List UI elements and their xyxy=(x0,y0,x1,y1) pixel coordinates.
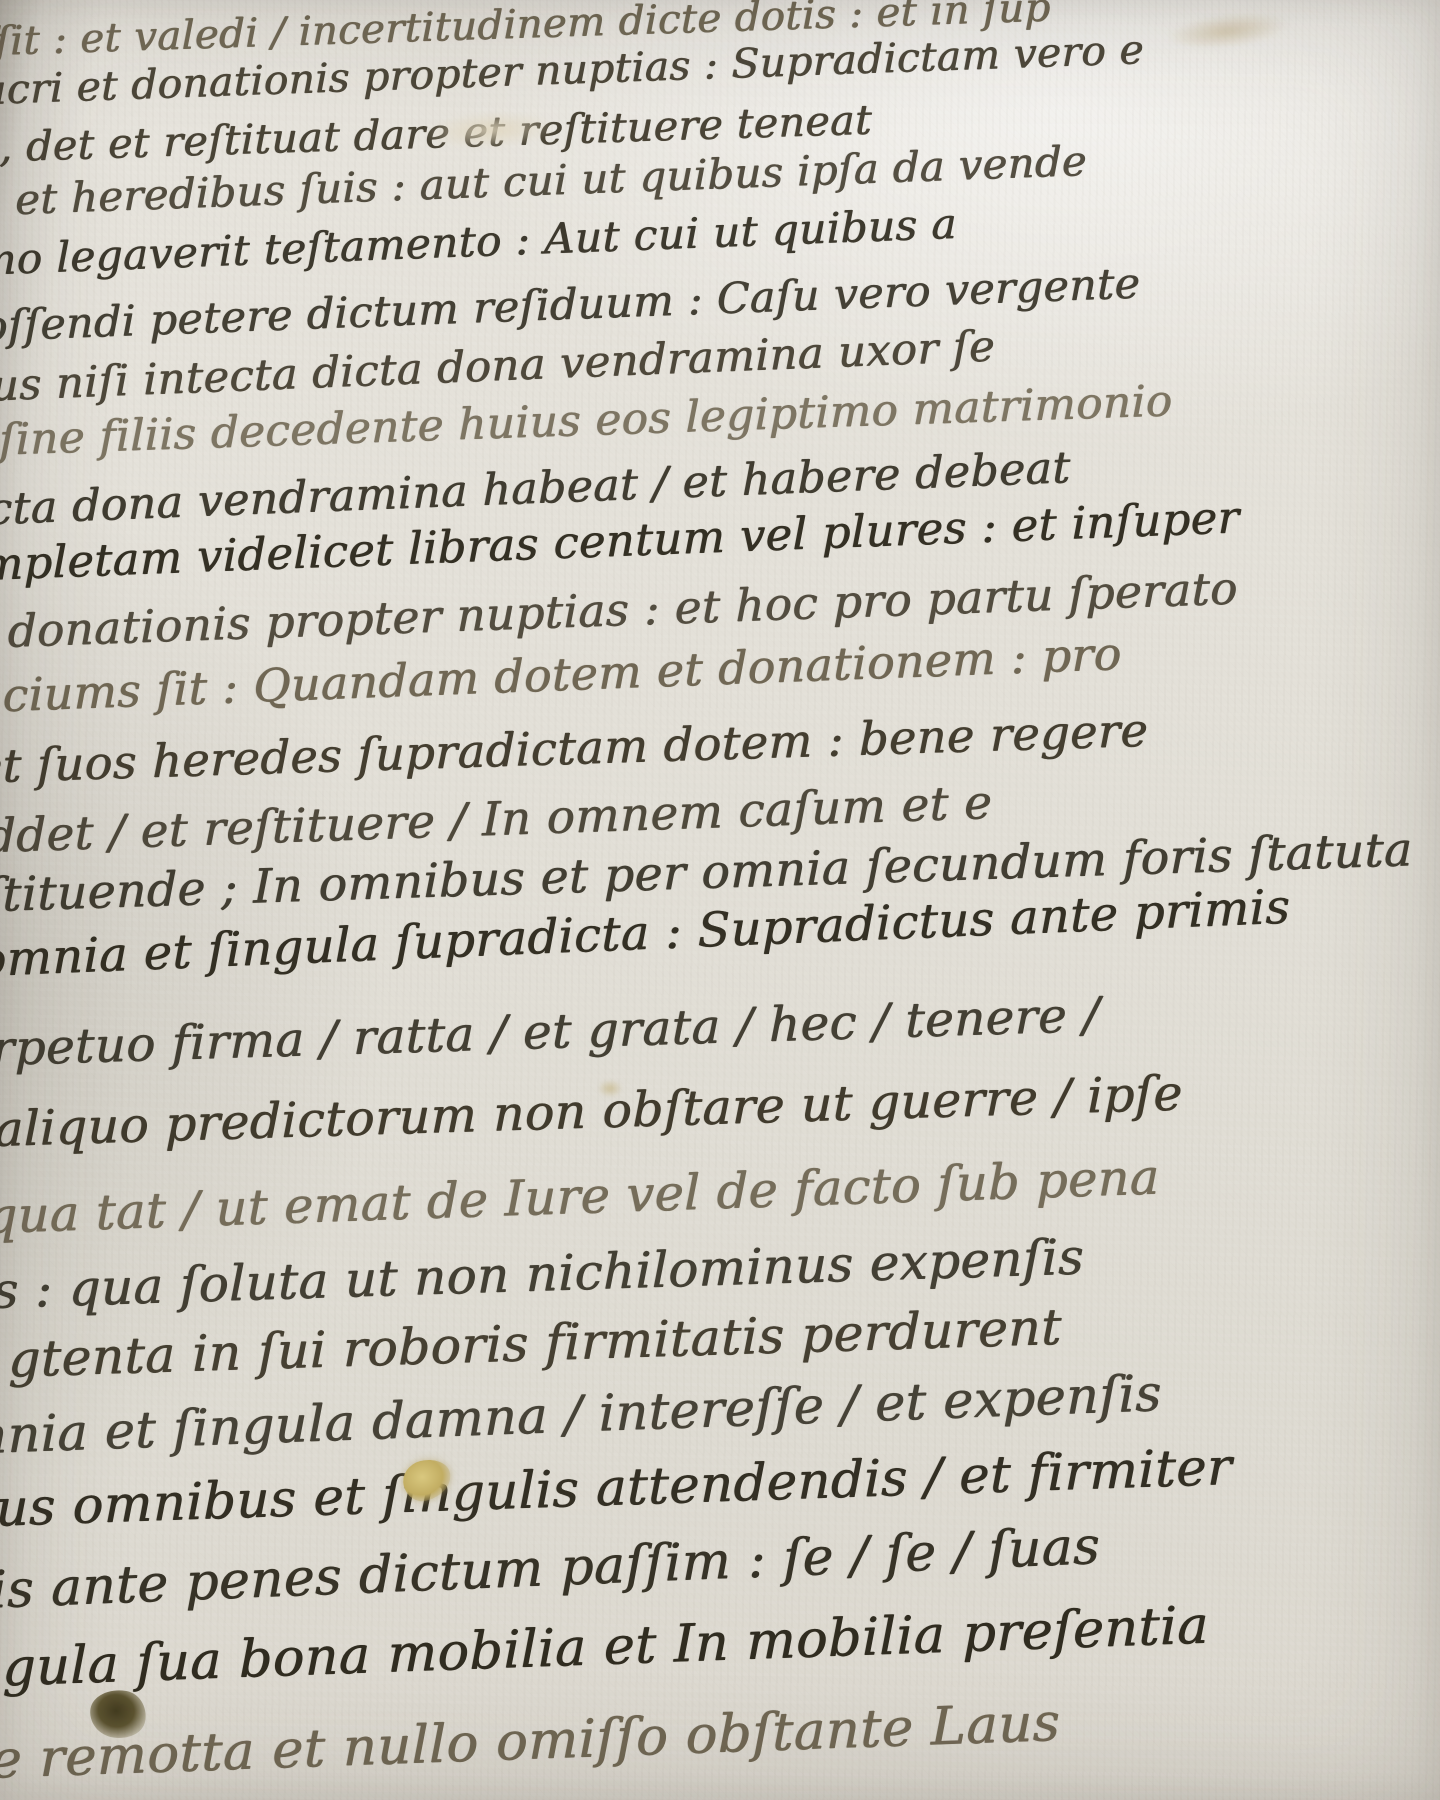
manuscript-photo: poſſit : et valedi / incertitudinem dict… xyxy=(0,0,1440,1800)
manuscript-text: poſſit : et valedi / incertitudinem dict… xyxy=(0,0,1440,1800)
manuscript-line: et aliquo predictorum non obſtare ut gue… xyxy=(0,1055,1440,1160)
manuscript-line: ne remotta et nullo omiſſo obſtante Laus xyxy=(0,1674,1440,1792)
